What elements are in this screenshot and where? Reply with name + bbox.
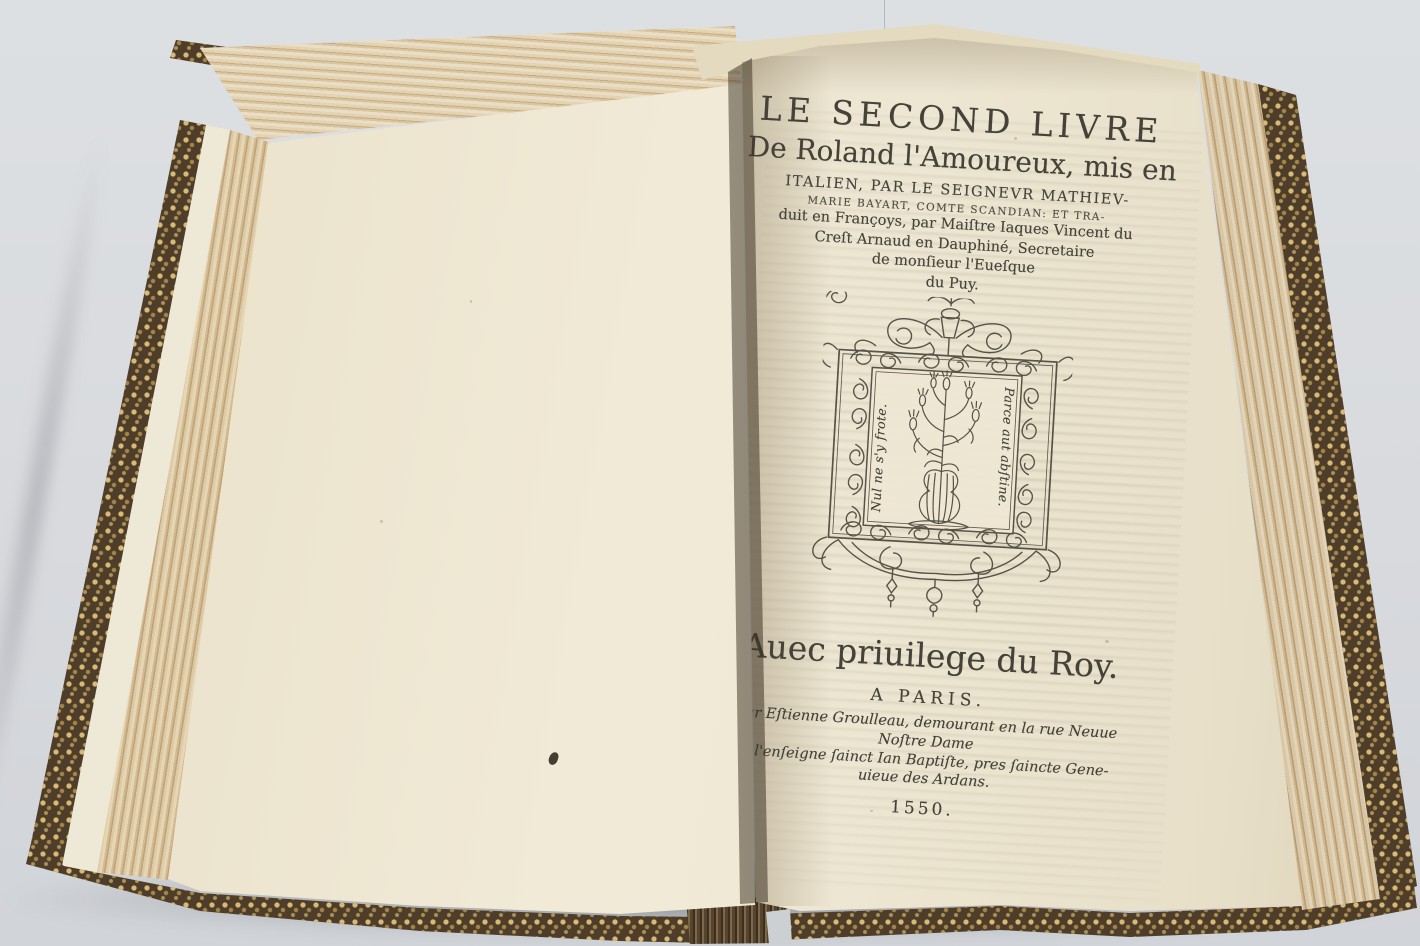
title-page-content: LE SECOND LIVRE De Roland l'Amoureux, mi… <box>710 74 1176 831</box>
foxing-speck <box>380 520 383 523</box>
privilege-line: Auec priuilege du Roy. <box>718 623 1144 689</box>
printers-device-thistle-woodcut: Nul ne s'y frote. Parce aut abſtine. <box>808 290 1076 624</box>
ink-spot <box>548 751 560 766</box>
photo-of-open-book: LE SECOND LIVRE De Roland l'Amoureux, mi… <box>0 0 1420 946</box>
device-linework <box>808 290 1076 623</box>
foxing-speck <box>470 300 472 303</box>
device-apron <box>819 539 1051 623</box>
